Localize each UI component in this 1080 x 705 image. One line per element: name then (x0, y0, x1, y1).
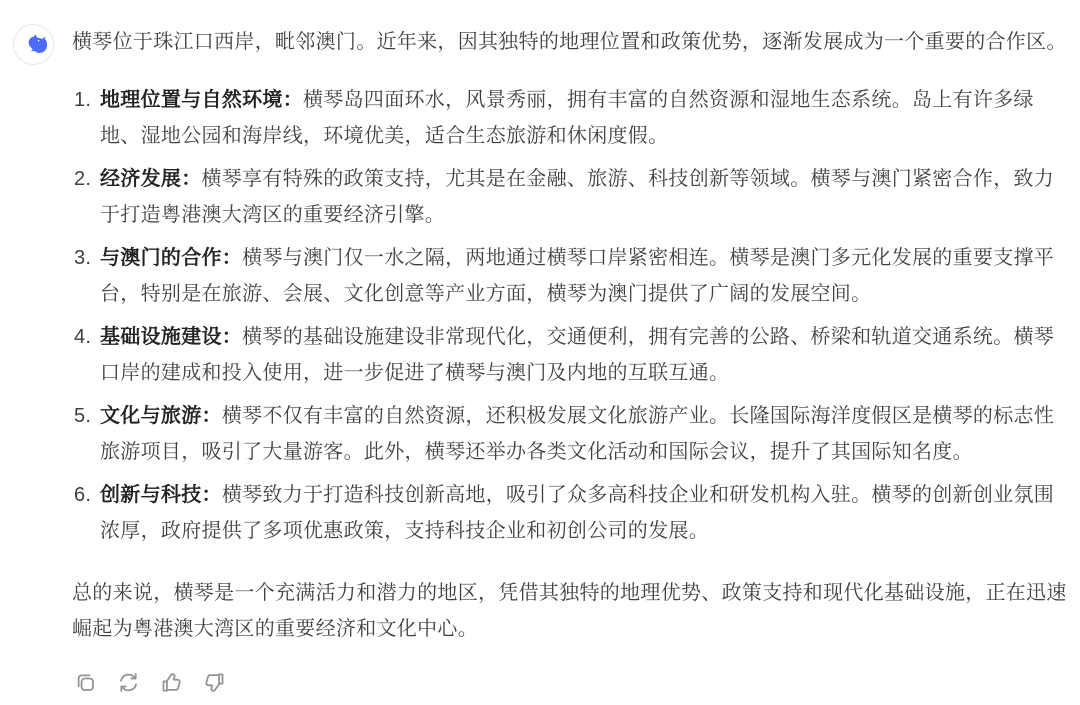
list-item-title: 创新与科技： (100, 484, 222, 506)
thumbs-down-button[interactable] (201, 669, 228, 696)
list-item: 1.地理位置与自然环境：横琴岛四面环水，风景秀丽，拥有丰富的自然资源和湿地生态系… (100, 82, 1068, 154)
numbered-list: 1.地理位置与自然环境：横琴岛四面环水，风景秀丽，拥有丰富的自然资源和湿地生态系… (72, 82, 1068, 549)
refresh-icon (116, 670, 141, 695)
list-number: 1. (74, 82, 91, 118)
message-content: 横琴位于珠江口西岸，毗邻澳门。近年来，因其独特的地理位置和政策优势，逐渐发展成为… (72, 22, 1068, 696)
list-item-title: 基础设施建设： (100, 326, 242, 348)
list-item: 3.与澳门的合作：横琴与澳门仅一水之隔，两地通过横琴口岸紧密相连。横琴是澳门多元… (100, 240, 1068, 312)
list-item-title: 文化与旅游： (100, 405, 222, 427)
list-item: 6.创新与科技：横琴致力于打造科技创新高地，吸引了众多高科技企业和研发机构入驻。… (100, 477, 1068, 549)
conclusion-paragraph: 总的来说，横琴是一个充满活力和潜力的地区，凭借其独特的地理优势、政策支持和现代化… (72, 575, 1068, 647)
list-item: 5.文化与旅游：横琴不仅有丰富的自然资源，还积极发展文化旅游产业。长隆国际海洋度… (100, 398, 1068, 470)
thumbs-up-icon (159, 670, 184, 695)
list-item-title: 与澳门的合作： (100, 247, 242, 269)
thumbs-up-button[interactable] (158, 669, 185, 696)
list-item-title: 地理位置与自然环境： (100, 89, 303, 111)
intro-paragraph: 横琴位于珠江口西岸，毗邻澳门。近年来，因其独特的地理位置和政策优势，逐渐发展成为… (72, 24, 1068, 60)
list-item: 4.基础设施建设：横琴的基础设施建设非常现代化，交通便利，拥有完善的公路、桥梁和… (100, 319, 1068, 391)
list-item: 2.经济发展：横琴享有特殊的政策支持，尤其是在金融、旅游、科技创新等领域。横琴与… (100, 161, 1068, 233)
regenerate-button[interactable] (115, 669, 142, 696)
list-number: 3. (74, 240, 91, 276)
assistant-message: 横琴位于珠江口西岸，毗邻澳门。近年来，因其独特的地理位置和政策优势，逐渐发展成为… (0, 0, 1080, 696)
message-action-bar (72, 669, 1068, 696)
list-item-title: 经济发展： (100, 168, 202, 190)
thumbs-down-icon (202, 670, 227, 695)
deepseek-whale-logo (20, 31, 47, 58)
assistant-avatar (13, 24, 54, 65)
list-number: 5. (74, 398, 91, 434)
list-item-body: 横琴致力于打造科技创新高地，吸引了众多高科技企业和研发机构入驻。横琴的创新创业氛… (100, 484, 1054, 542)
copy-icon (73, 670, 98, 695)
list-number: 4. (74, 319, 91, 355)
copy-button[interactable] (72, 669, 99, 696)
list-item-body: 横琴的基础设施建设非常现代化，交通便利，拥有完善的公路、桥梁和轨道交通系统。横琴… (100, 326, 1054, 384)
list-number: 6. (74, 477, 91, 513)
list-item-body: 横琴与澳门仅一水之隔，两地通过横琴口岸紧密相连。横琴是澳门多元化发展的重要支撑平… (100, 247, 1054, 305)
list-item-body: 横琴不仅有丰富的自然资源，还积极发展文化旅游产业。长隆国际海洋度假区是横琴的标志… (100, 405, 1054, 463)
list-number: 2. (74, 161, 91, 197)
list-item-body: 横琴享有特殊的政策支持，尤其是在金融、旅游、科技创新等领域。横琴与澳门紧密合作，… (100, 168, 1054, 226)
